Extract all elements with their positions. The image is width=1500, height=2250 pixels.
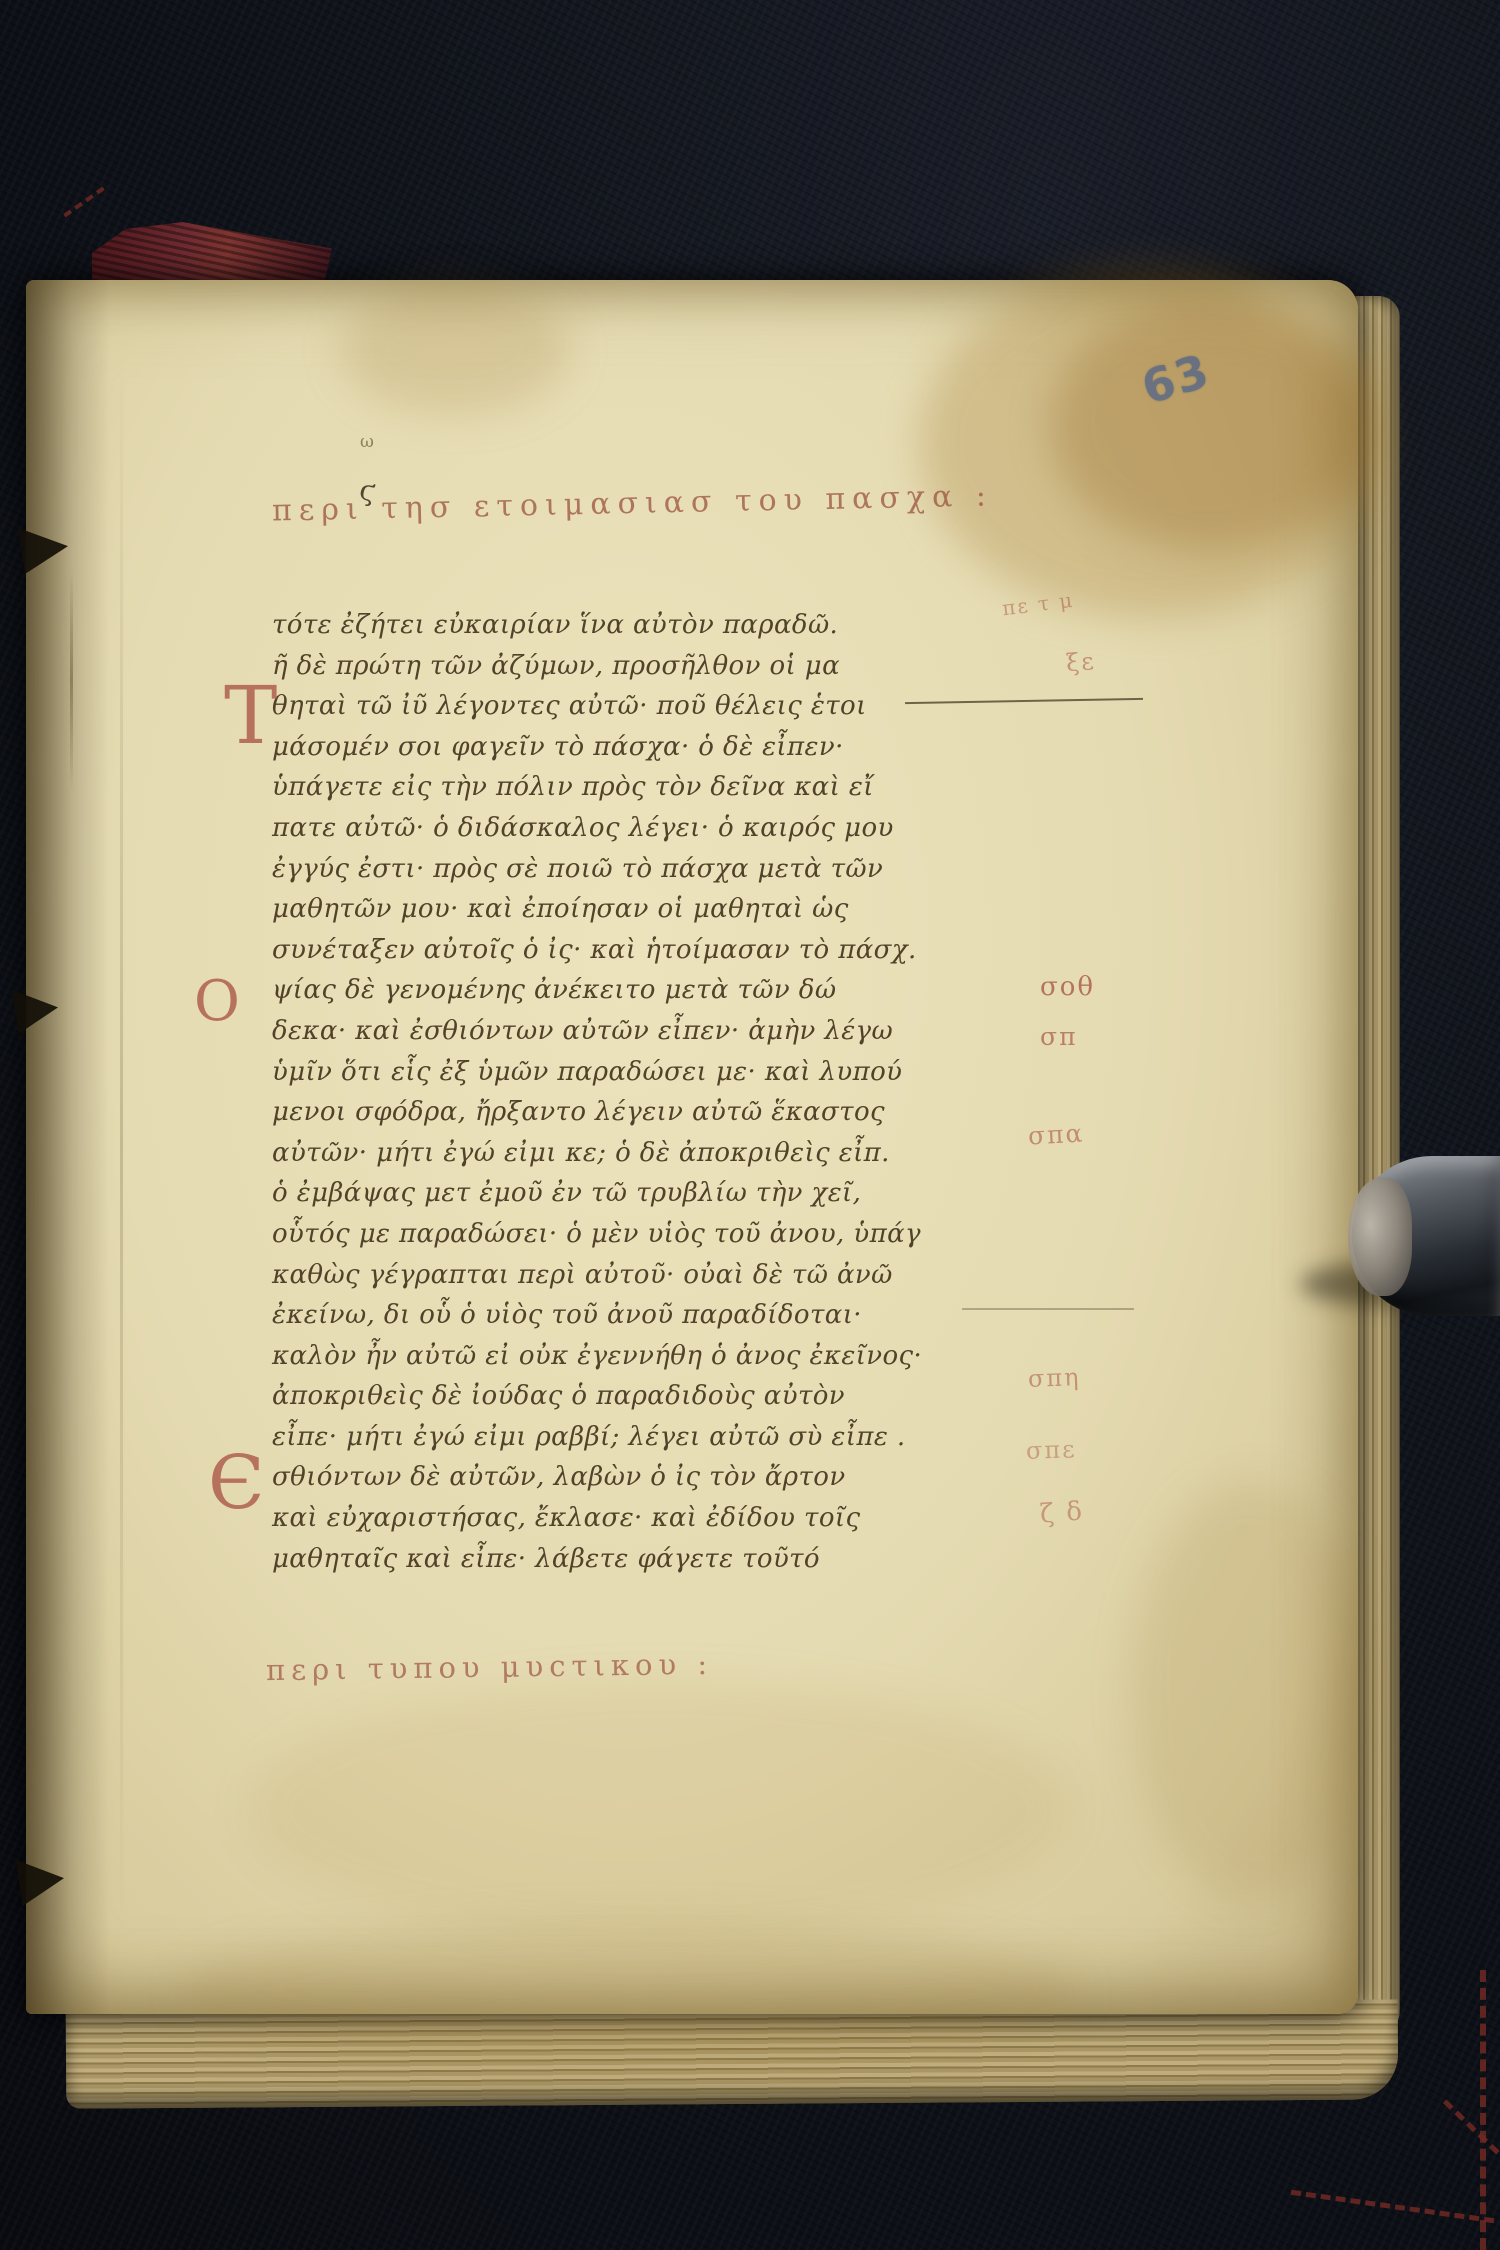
rubricated-initial-tau: Τ (224, 676, 277, 756)
margin-note: ξε (1065, 647, 1097, 677)
text-line: σθιόντων δὲ αὐτῶν, λαβὼν ὁ ἰς τὸν ἄρτον (272, 1462, 1042, 1503)
text-line: εἶπε· μήτι ἐγώ εἰμι ραββί; λέγει αὐτῶ σὺ… (272, 1422, 1042, 1463)
margin-note: σπα (1027, 1119, 1085, 1151)
text-line: μαθηταῖς καὶ εἶπε· λάβετε φάγετε τοῦτό (272, 1544, 1042, 1585)
text-line: καλὸν ἦν αὐτῶ εἰ οὐκ ἐγεννήθη ὁ ἀνος ἐκε… (272, 1341, 1042, 1382)
rubric-heading-bottom: περι τυπου μυϲτικου : (266, 1647, 714, 1687)
margin-note: σπ (1040, 1022, 1078, 1051)
tiny-omega-mark: ω (360, 432, 374, 452)
text-line: ἐγγύς ἐστι· πρὸς σὲ ποιῶ τὸ πάσχα μετὰ τ… (272, 854, 1042, 895)
text-line: αὐτῶν· μήτι ἐγώ εἰμι κε; ὁ δὲ ἀποκριθεὶς… (272, 1138, 1042, 1179)
photograph-of-manuscript: 63 περι τησ ετοιμασιασ του πασχα : ϛ ω τ… (0, 0, 1500, 2250)
text-line: συνέταξεν αὐτοῖς ὁ ἰς· καὶ ἡτοίμασαν τὸ … (272, 935, 1042, 976)
parchment-stain (340, 285, 570, 415)
text-line: μαθητῶν μου· καὶ ἐποίησαν οἱ μαθηταὶ ὡς (272, 894, 1042, 935)
rubricated-initial-epsilon: Є (208, 1446, 265, 1520)
text-line: θηταὶ τῶ ἰῦ λέγοντες αὐτῶ· ποῦ θέλεις ἑτ… (272, 691, 1042, 732)
margin-note: σοθ (1040, 972, 1095, 1002)
parchment-stain (250, 1680, 1070, 1940)
line-filler-rule (962, 1308, 1134, 1310)
text-line: ψίας δὲ γενομένης ἀνέκειτο μετὰ τῶν δώ (272, 975, 1042, 1016)
page-holder-clip-tip (1348, 1178, 1412, 1296)
main-text-block: τότε ἐζήτει εὐκαιρίαν ἵνα αὐτὸν παραδῶ. … (272, 610, 1042, 1584)
margin-note: σπη (1028, 1363, 1081, 1393)
margin-note: σπε (1026, 1435, 1078, 1465)
text-line: μενοι σφόδρα, ἤρξαντο λέγειν αὐτῶ ἕκαστο… (272, 1097, 1042, 1138)
text-line: ὑπάγετε εἰς τὴν πόλιν πρὸς τὸν δεῖνα καὶ… (272, 772, 1042, 813)
parchment-stain (1130, 1480, 1370, 1900)
stitch-thread (1480, 1970, 1492, 2250)
text-line: ὑμῖν ὅτι εἷς ἐξ ὑμῶν παραδώσει με· καὶ λ… (272, 1057, 1042, 1098)
text-line: μάσομέν σοι φαγεῖν τὸ πάσχα· ὁ δὲ εἶπεν· (272, 732, 1042, 773)
text-line: τότε ἐζήτει εὐκαιρίαν ἵνα αὐτὸν παραδῶ. (272, 610, 1042, 651)
text-line: ῆ δὲ πρώτη τῶν ἀζύμων, προσῆλθον οἱ μα (272, 651, 1042, 692)
text-line: πατε αὐτῶ· ὁ διδάσκαλος λέγει· ὁ καιρός … (272, 813, 1042, 854)
text-line: δεκα· καὶ ἐσθιόντων αὐτῶν εἶπεν· ἀμὴν λέ… (272, 1016, 1042, 1057)
gutter-crease (70, 570, 73, 790)
parchment-stain (180, 1920, 1080, 2060)
text-line: ἐκείνω, δι οὗ ὁ υἱὸς τοῦ ἀνοῦ παραδίδοτα… (272, 1300, 1042, 1341)
margin-note: ζ δ (1039, 1497, 1085, 1530)
text-line: καθὼς γέγραπται περὶ αὐτοῦ· οὐαὶ δὲ τῶ ἀ… (272, 1260, 1042, 1301)
text-line: καὶ εὐχαριστήσας, ἔκλασε· καὶ ἐδίδου τοῖ… (272, 1503, 1042, 1544)
text-line: ἀποκριθεὶς δὲ ἰούδας ὁ παραδιδοὺς αὐτὸν (272, 1381, 1042, 1422)
parchment-stain (1050, 300, 1370, 550)
text-line: οὗτός με παραδώσει· ὁ μὲν υἱὸς τοῦ ἀνου,… (272, 1219, 1042, 1260)
page-fold-crease (120, 360, 123, 1920)
rubricated-initial-omicron: Ο (194, 974, 240, 1030)
text-line: ὁ ἐμβάψας μετ ἐμοῦ ἐν τῶ τρυβλίω τὴν χεῖ… (272, 1178, 1042, 1219)
